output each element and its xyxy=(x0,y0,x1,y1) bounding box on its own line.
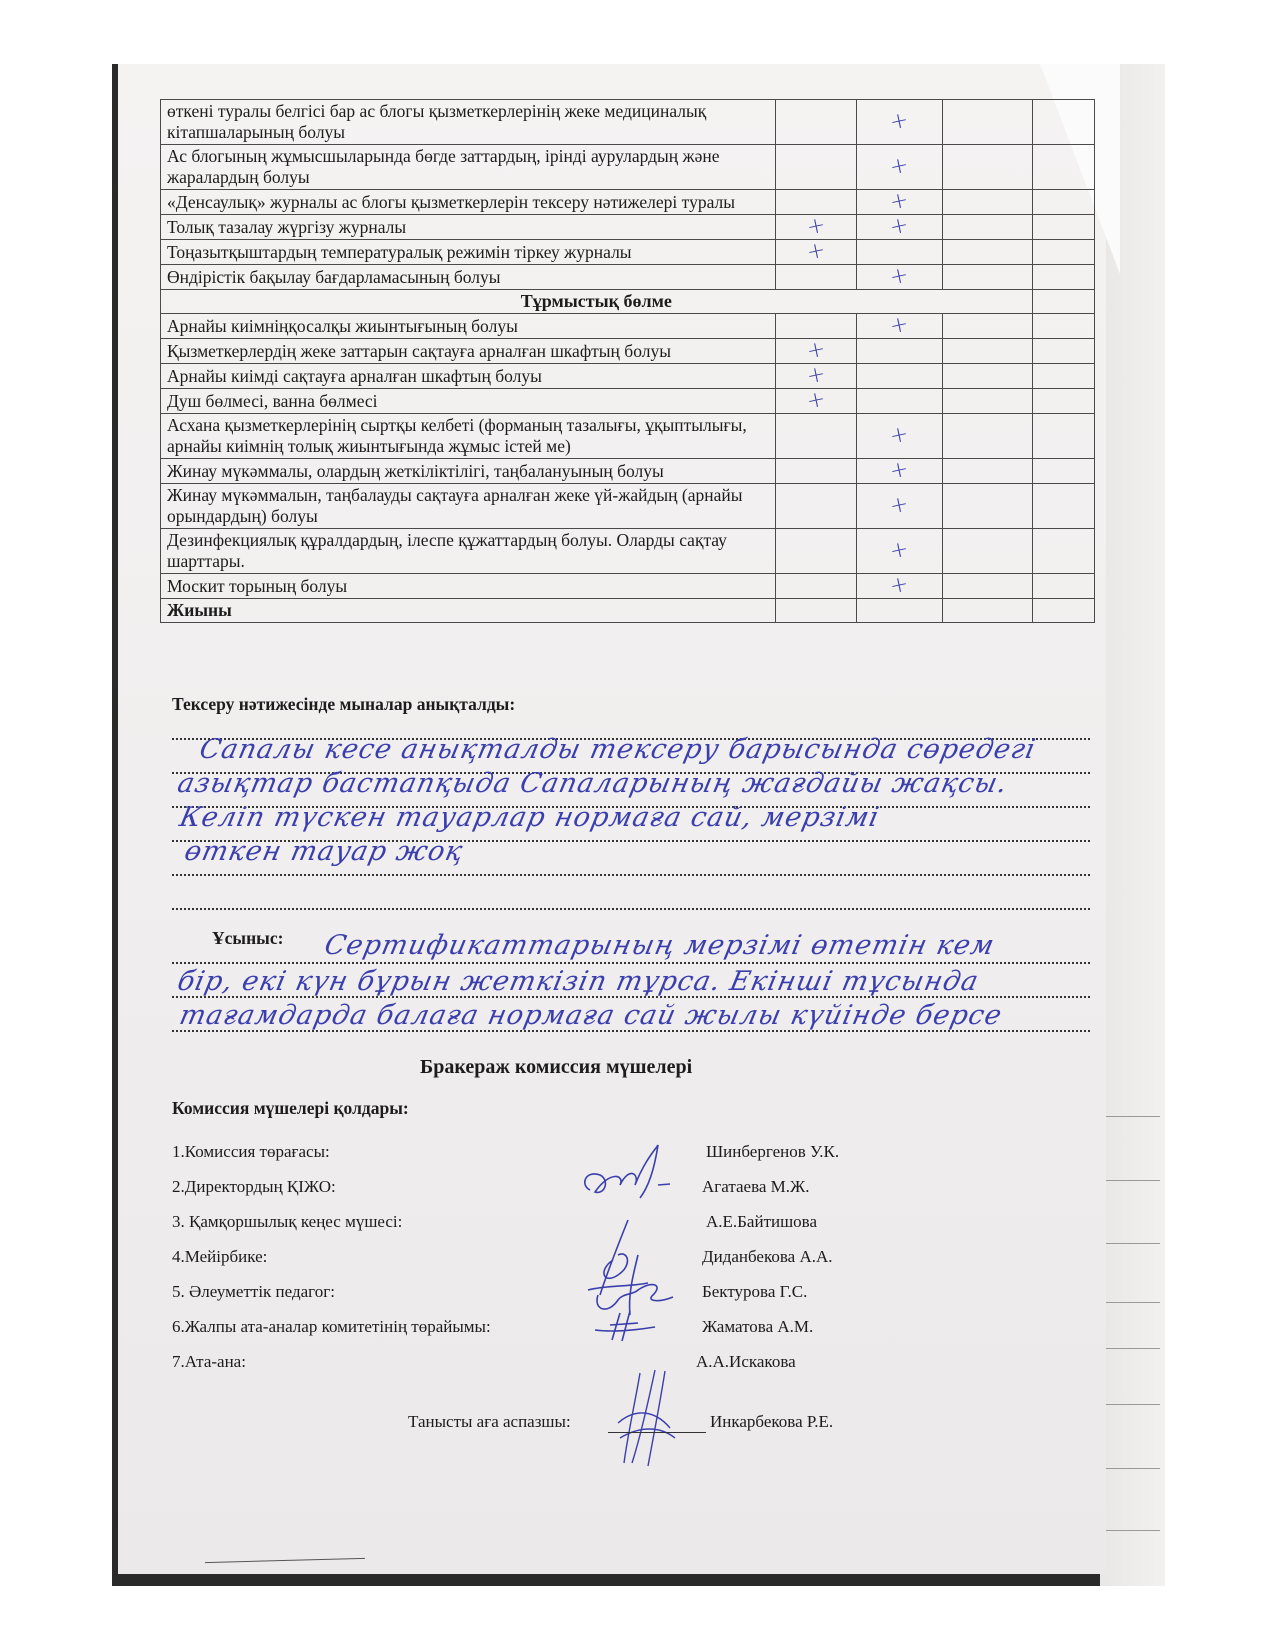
member-name: Жаматова А.М. xyxy=(702,1317,813,1337)
mark-cell xyxy=(942,599,1032,623)
mark-cell xyxy=(942,414,1032,459)
criterion-text: Дезинфекциялық құралдардың, ілеспе құжат… xyxy=(161,529,776,574)
member-name: Агатаева М.Ж. xyxy=(702,1177,810,1197)
table-row: Дезинфекциялық құралдардың, ілеспе құжат… xyxy=(161,529,1095,574)
mark-cell: + xyxy=(856,484,942,529)
member-name: Диданбекова А.А. xyxy=(702,1247,833,1267)
mark-cell xyxy=(1032,364,1094,389)
findings-title: Тексеру нәтижесінде мыналар анықталды: xyxy=(172,694,515,715)
plus-mark-icon: + xyxy=(888,189,910,213)
mark-cell xyxy=(775,484,856,529)
mark-cell xyxy=(775,265,856,290)
mark-cell xyxy=(1032,190,1094,215)
table-row: Арнайы киімніңқосалқы жиынтығының болуы+ xyxy=(161,314,1095,339)
mark-cell xyxy=(1032,389,1094,414)
mark-cell: + xyxy=(775,240,856,265)
mark-cell xyxy=(942,145,1032,190)
criterion-text: Тоңазытқыштардың температуралық режимін … xyxy=(161,240,776,265)
underlying-page-line xyxy=(1100,1116,1160,1117)
mark-cell: + xyxy=(856,314,942,339)
mark-cell xyxy=(775,145,856,190)
table-row: Қызметкерлердің жеке заттарын сақтауға а… xyxy=(161,339,1095,364)
mark-cell xyxy=(856,339,942,364)
criterion-text: Москит торының болуы xyxy=(161,574,776,599)
mark-cell xyxy=(775,599,856,623)
signature-icon xyxy=(610,1368,690,1468)
handwritten-finding-line: Сапалы кесе анықталды тексеру барысында … xyxy=(197,734,1039,765)
signature-icon xyxy=(590,1305,660,1345)
member-name: Шинбергенов У.К. xyxy=(706,1142,839,1162)
mark-cell xyxy=(1032,484,1094,529)
mark-cell xyxy=(942,389,1032,414)
criterion-text: Арнайы киімді сақтауға арналған шкафтың … xyxy=(161,364,776,389)
mark-cell: + xyxy=(856,459,942,484)
mark-cell xyxy=(1032,414,1094,459)
mark-cell xyxy=(856,599,942,623)
mark-cell xyxy=(942,529,1032,574)
member-name: А.А.Искакова xyxy=(696,1352,796,1372)
mark-cell xyxy=(1032,529,1094,574)
mark-cell xyxy=(775,529,856,574)
dotted-line xyxy=(172,962,1090,964)
member-role: 1.Комиссия төрағасы: xyxy=(172,1142,330,1162)
mark-cell xyxy=(775,574,856,599)
checklist-table: өткені туралы белгісі бар ас блогы қызме… xyxy=(160,99,1095,623)
underlying-page-line xyxy=(1100,1243,1160,1244)
mark-cell: + xyxy=(856,215,942,240)
mark-cell xyxy=(856,240,942,265)
underlying-page-line xyxy=(1100,1530,1160,1531)
signatures-title: Комиссия мүшелері қолдары: xyxy=(172,1098,409,1119)
member-role: 6.Жалпы ата-аналар комитетінің төрайымы: xyxy=(172,1317,491,1337)
mark-cell xyxy=(942,459,1032,484)
mark-cell xyxy=(775,190,856,215)
mark-cell: + xyxy=(775,389,856,414)
mark-cell xyxy=(775,100,856,145)
criterion-text: Өндірістік бақылау бағдарламасының болуы xyxy=(161,265,776,290)
mark-cell xyxy=(942,100,1032,145)
plus-mark-icon: + xyxy=(888,154,910,178)
criterion-text: Душ бөлмесі, ванна бөлмесі xyxy=(161,389,776,414)
mark-cell xyxy=(942,265,1032,290)
mark-cell: + xyxy=(856,100,942,145)
section-row: Тұрмыстық бөлме xyxy=(161,290,1095,314)
mark-cell xyxy=(942,484,1032,529)
mark-cell xyxy=(1032,339,1094,364)
mark-cell: + xyxy=(775,364,856,389)
handwritten-recommendation-line: Сертификаттарының мерзімі өтетін кем xyxy=(322,930,998,961)
handwritten-recommendation-line: тағамдарда балаға нормаға сай жылы күйін… xyxy=(177,1000,1006,1031)
table-row: өткені туралы белгісі бар ас блогы қызме… xyxy=(161,100,1095,145)
commission-title: Бракераж комиссия мүшелері xyxy=(420,1056,692,1079)
table-row: Толық тазалау жүргізу журналы++ xyxy=(161,215,1095,240)
member-role: 7.Ата-ана: xyxy=(172,1352,246,1372)
underlying-page-line xyxy=(1100,1468,1160,1469)
criterion-text: Толық тазалау жүргізу журналы xyxy=(161,215,776,240)
mark-cell xyxy=(1032,599,1094,623)
criterion-text: Қызметкерлердің жеке заттарын сақтауға а… xyxy=(161,339,776,364)
table-row: Душ бөлмесі, ванна бөлмесі+ xyxy=(161,389,1095,414)
total-label: Жиыны xyxy=(161,599,776,623)
table-row: Асхана қызметкерлерінің сыртқы келбеті (… xyxy=(161,414,1095,459)
plus-mark-icon: + xyxy=(888,493,910,517)
section-heading: Тұрмыстық бөлме xyxy=(161,290,1033,314)
mark-cell xyxy=(942,240,1032,265)
dotted-line xyxy=(172,874,1090,876)
plus-mark-icon: + xyxy=(805,363,827,387)
handwritten-finding-line: Келіп түскен тауарлар нормаға сай, мерзі… xyxy=(177,802,883,833)
mark-cell: + xyxy=(856,529,942,574)
plus-mark-icon: + xyxy=(888,538,910,562)
mark-cell xyxy=(856,364,942,389)
mark-cell xyxy=(856,389,942,414)
underlying-page-line xyxy=(1100,1348,1160,1349)
plus-mark-icon: + xyxy=(888,214,910,238)
mark-cell xyxy=(1032,215,1094,240)
head-cook-name: Инкарбекова Р.Е. xyxy=(710,1412,833,1432)
plus-mark-icon: + xyxy=(888,423,910,447)
mark-cell xyxy=(942,339,1032,364)
recommendation-title: Ұсыныс: xyxy=(212,928,283,949)
criterion-text: Арнайы киімніңқосалқы жиынтығының болуы xyxy=(161,314,776,339)
plus-mark-icon: + xyxy=(805,338,827,362)
mark-cell xyxy=(1032,574,1094,599)
plus-mark-icon: + xyxy=(888,573,910,597)
mark-cell: + xyxy=(775,215,856,240)
table-row: Өндірістік бақылау бағдарламасының болуы… xyxy=(161,265,1095,290)
signature-line xyxy=(608,1432,706,1433)
mark-cell xyxy=(1032,145,1094,190)
plus-mark-icon: + xyxy=(888,109,910,133)
signature-icon xyxy=(570,1140,680,1210)
member-role: 5. Әлеуметтік педагог: xyxy=(172,1282,335,1302)
handwritten-recommendation-line: бір, екі күн бұрын жеткізіп тұрса. Екінш… xyxy=(175,966,982,997)
criterion-text: Жинау мүкәммалы, олардың жеткіліктілігі,… xyxy=(161,459,776,484)
mark-cell: + xyxy=(856,574,942,599)
mark-cell xyxy=(775,414,856,459)
member-role: 4.Мейірбике: xyxy=(172,1247,267,1267)
plus-mark-icon: + xyxy=(805,388,827,412)
plus-mark-icon: + xyxy=(888,313,910,337)
plus-mark-icon: + xyxy=(888,458,910,482)
handwritten-finding-line: өткен тауар жоқ xyxy=(182,836,467,867)
criterion-text: Жинау мүкәммалын, таңбалауды сақтауға ар… xyxy=(161,484,776,529)
underlying-page-line xyxy=(1100,1404,1160,1405)
table-row: Арнайы киімді сақтауға арналған шкафтың … xyxy=(161,364,1095,389)
mark-cell xyxy=(942,364,1032,389)
mark-cell: + xyxy=(856,190,942,215)
total-row: Жиыны xyxy=(161,599,1095,623)
mark-cell xyxy=(942,190,1032,215)
mark-cell xyxy=(942,574,1032,599)
member-role: 3. Қамқоршылық кеңес мүшесі: xyxy=(172,1212,402,1232)
underlying-page-line xyxy=(1100,1180,1160,1181)
criterion-text: Ас блогының жұмысшыларында бөгде заттард… xyxy=(161,145,776,190)
mark-cell: + xyxy=(856,145,942,190)
mark-cell xyxy=(775,459,856,484)
member-name: Бектурова Г.С. xyxy=(702,1282,807,1302)
member-role: 2.Директордың ҚІЖО: xyxy=(172,1177,336,1197)
table-row: Тоңазытқыштардың температуралық режимін … xyxy=(161,240,1095,265)
criterion-text: өткені туралы белгісі бар ас блогы қызме… xyxy=(161,100,776,145)
mark-cell xyxy=(1032,265,1094,290)
table-row: Жинау мүкәммалын, таңбалауды сақтауға ар… xyxy=(161,484,1095,529)
plus-mark-icon: + xyxy=(805,239,827,263)
table-row: Москит торының болуы+ xyxy=(161,574,1095,599)
mark-cell xyxy=(1032,459,1094,484)
mark-cell: + xyxy=(775,339,856,364)
mark-cell: + xyxy=(856,265,942,290)
criterion-text: «Денсаулық» журналы ас блогы қызметкерле… xyxy=(161,190,776,215)
handwritten-finding-line: азықтар бастапқыда Сапаларының жағдайы ж… xyxy=(175,768,1011,799)
dotted-line xyxy=(172,908,1090,910)
member-name: А.Е.Байтишова xyxy=(706,1212,817,1232)
table-row: Ас блогының жұмысшыларында бөгде заттард… xyxy=(161,145,1095,190)
mark-cell xyxy=(942,314,1032,339)
head-cook-label: Таныс­ты аға аспазшы: xyxy=(408,1412,571,1432)
table-cell xyxy=(1032,290,1094,314)
underlying-page xyxy=(1100,64,1165,1586)
mark-cell xyxy=(1032,314,1094,339)
mark-cell: + xyxy=(856,414,942,459)
mark-cell xyxy=(942,215,1032,240)
criterion-text: Асхана қызметкерлерінің сыртқы келбеті (… xyxy=(161,414,776,459)
table-row: «Денсаулық» журналы ас блогы қызметкерле… xyxy=(161,190,1095,215)
mark-cell xyxy=(1032,100,1094,145)
plus-mark-icon: + xyxy=(888,264,910,288)
mark-cell xyxy=(1032,240,1094,265)
table-row: Жинау мүкәммалы, олардың жеткіліктілігі,… xyxy=(161,459,1095,484)
underlying-page-line xyxy=(1100,1302,1160,1303)
mark-cell xyxy=(775,314,856,339)
plus-mark-icon: + xyxy=(805,214,827,238)
